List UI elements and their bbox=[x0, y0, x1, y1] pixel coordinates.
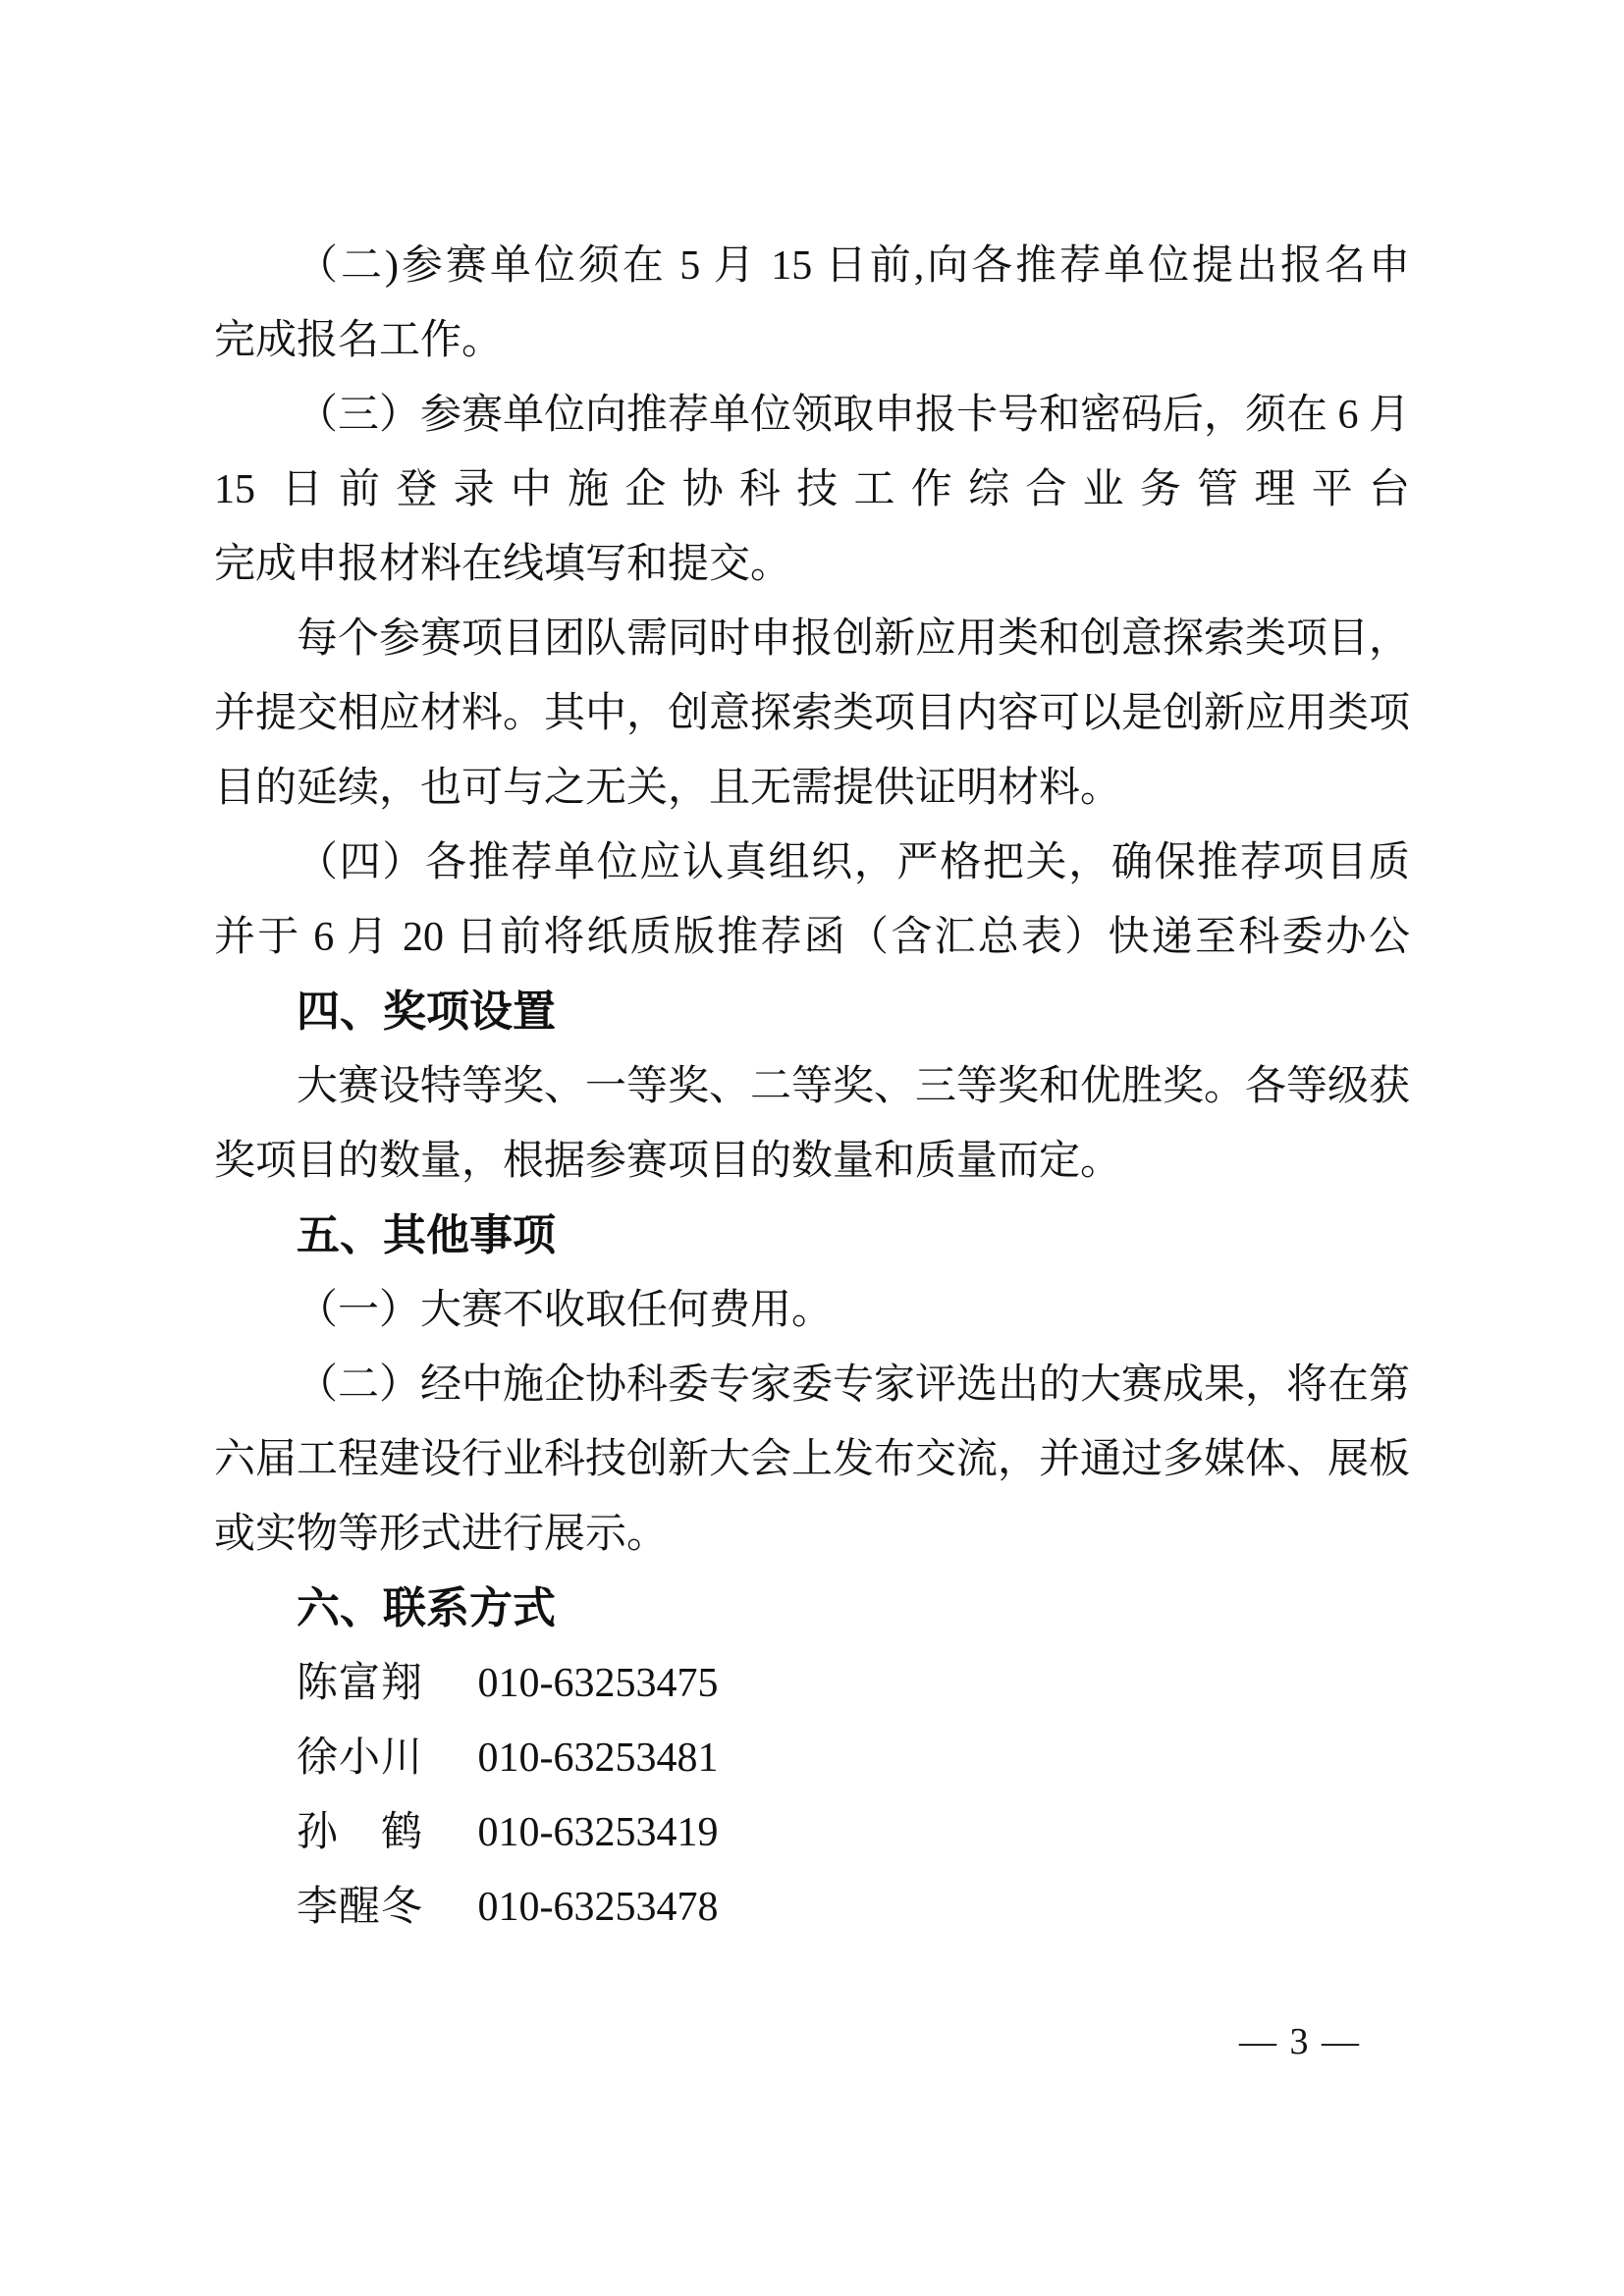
contact-phone: 010-63253419 bbox=[478, 1810, 719, 1855]
section-heading-other-items: 五、其他事项 bbox=[214, 1199, 1410, 1273]
paragraph-line: 15 日前登录中施企协科技工作综合业务管理平台（kj.cacem.com.cn）… bbox=[214, 453, 1410, 527]
paragraph-line: 每个参赛项目团队需同时申报创新应用类和创意探索类项目， bbox=[214, 602, 1410, 676]
document-body: （二)参赛单位须在 5 月 15 日前,向各推荐单位提出报名申请， 完成报名工作… bbox=[214, 229, 1410, 1945]
contact-phone: 010-63253481 bbox=[478, 1735, 719, 1781]
contact-row: 陈富翔 010-63253475 bbox=[214, 1646, 1410, 1721]
paragraph-line: 并提交相应材料。其中，创意探索类项目内容可以是创新应用类项 bbox=[214, 676, 1410, 751]
paragraph-line: 大赛设特等奖、一等奖、二等奖、三等奖和优胜奖。各等级获 bbox=[214, 1049, 1410, 1124]
paragraph-line: （四）各推荐单位应认真组织，严格把关，确保推荐项目质量， bbox=[214, 826, 1410, 900]
contact-row: 徐小川 010-63253481 bbox=[214, 1721, 1410, 1795]
paragraph-line: 或实物等形式进行展示。 bbox=[214, 1497, 1410, 1572]
contact-name: 李醒冬 bbox=[297, 1870, 422, 1945]
contact-row: 李醒冬 010-63253478 bbox=[214, 1870, 1410, 1945]
contact-name: 孙鹤 bbox=[297, 1795, 422, 1870]
contact-row: 孙鹤 010-63253419 bbox=[214, 1795, 1410, 1870]
section-heading-awards: 四、奖项设置 bbox=[214, 975, 1410, 1049]
paragraph-line: 完成申报材料在线填写和提交。 bbox=[214, 527, 1410, 602]
paragraph-line: 六届工程建设行业科技创新大会上发布交流，并通过多媒体、展板 bbox=[214, 1422, 1410, 1497]
contact-phone: 010-63253475 bbox=[478, 1661, 719, 1706]
page-number: — 3 — bbox=[1202, 2017, 1398, 2066]
paragraph-line: 并于 6 月 20 日前将纸质版推荐函（含汇总表）快递至科委办公室。 bbox=[214, 900, 1410, 975]
paragraph-line: 目的延续，也可与之无关，且无需提供证明材料。 bbox=[214, 751, 1410, 826]
section-heading-contact: 六、联系方式 bbox=[214, 1572, 1410, 1646]
paragraph-line: （二)参赛单位须在 5 月 15 日前,向各推荐单位提出报名申请， bbox=[214, 229, 1410, 303]
contact-name: 徐小川 bbox=[297, 1721, 422, 1795]
paragraph-line: 完成报名工作。 bbox=[214, 303, 1410, 378]
paragraph-line: （三）参赛单位向推荐单位领取申报卡号和密码后，须在 6 月 bbox=[214, 378, 1410, 453]
paragraph-line: （一）大赛不收取任何费用。 bbox=[214, 1273, 1410, 1348]
contact-name: 陈富翔 bbox=[297, 1646, 422, 1721]
contact-phone: 010-63253478 bbox=[478, 1885, 719, 1930]
document-page: （二)参赛单位须在 5 月 15 日前,向各推荐单位提出报名申请， 完成报名工作… bbox=[0, 0, 1624, 2296]
paragraph-line: 奖项目的数量，根据参赛项目的数量和质量而定。 bbox=[214, 1124, 1410, 1199]
paragraph-line: （二）经中施企协科委专家委专家评选出的大赛成果，将在第 bbox=[214, 1348, 1410, 1422]
